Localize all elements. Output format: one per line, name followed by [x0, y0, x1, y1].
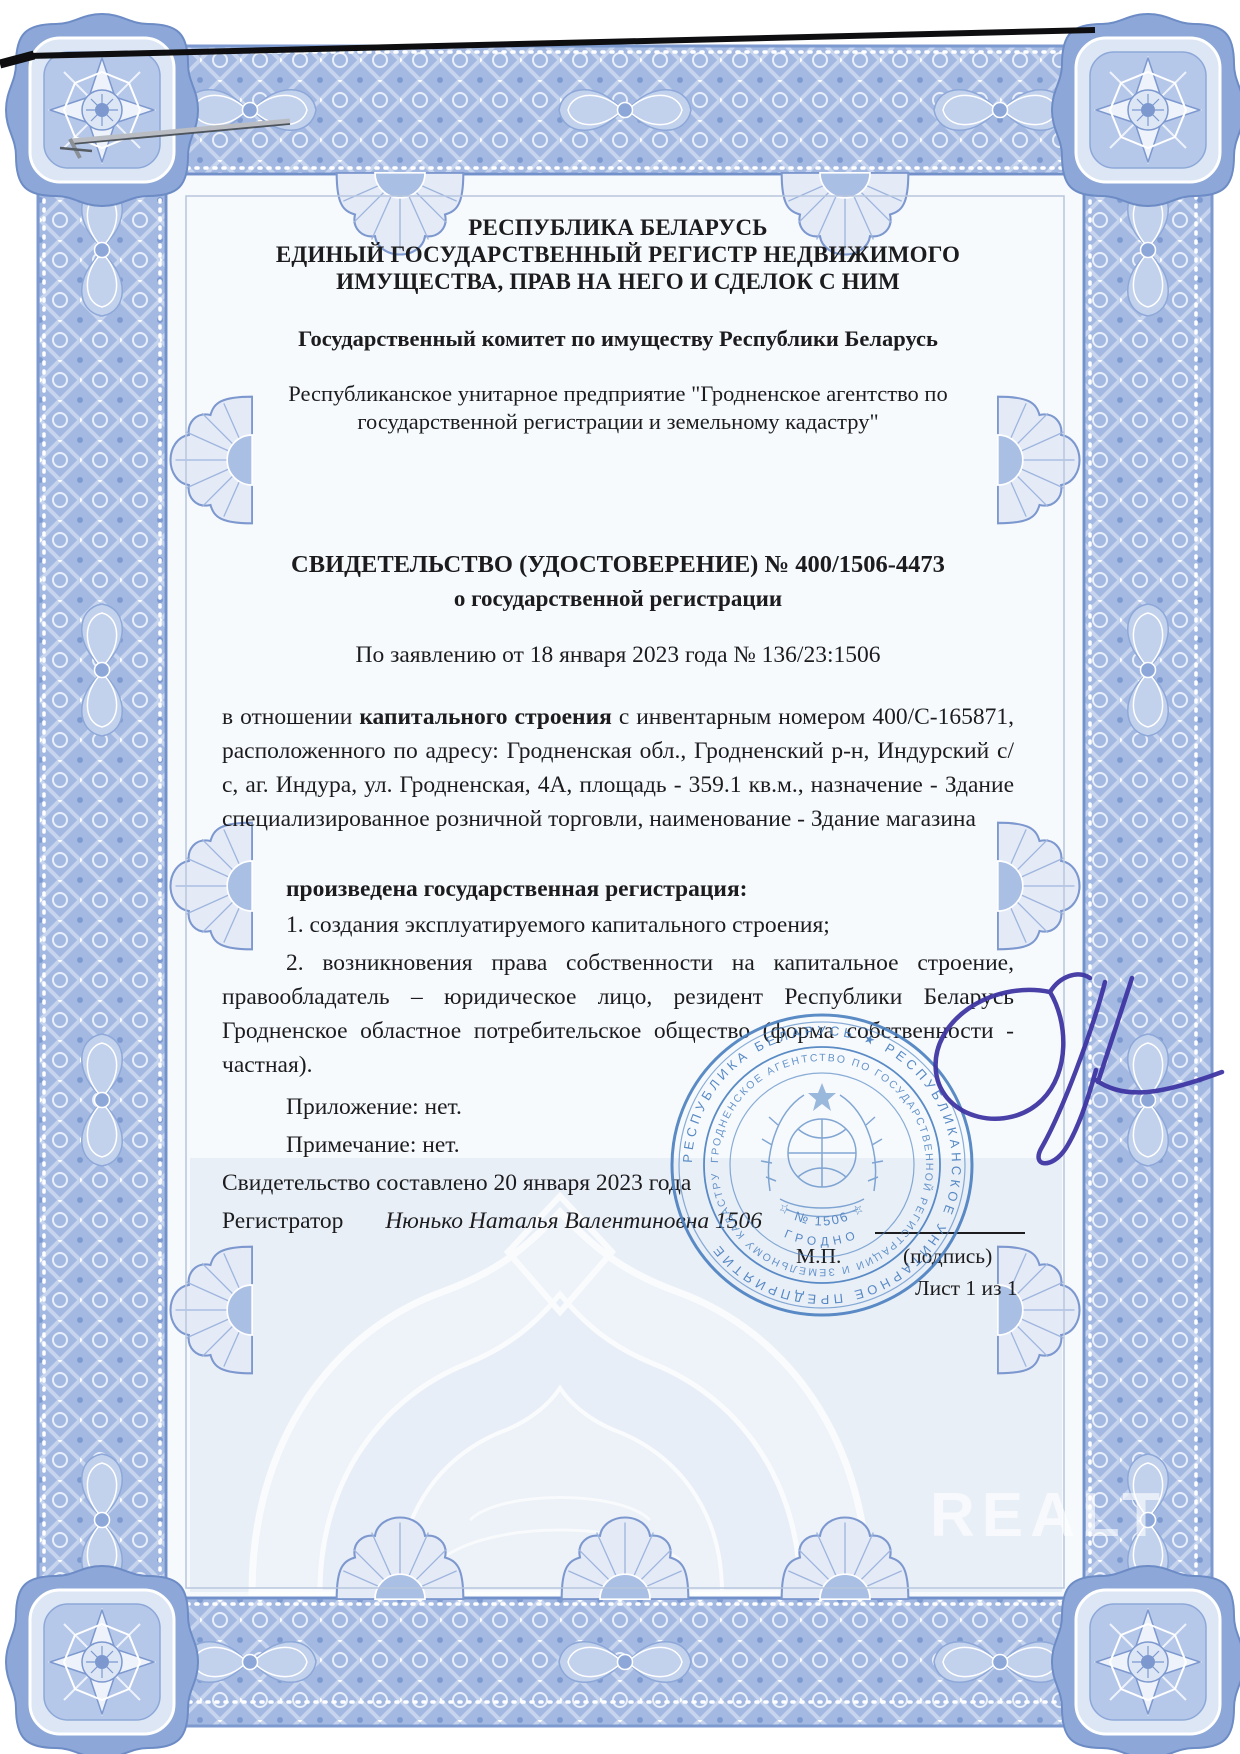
- scan-edge-corner: [0, 55, 34, 64]
- document-title-block: СВИДЕТЕЛЬСТВО (УДОСТОВЕРЕНИЕ) № 400/1506…: [222, 548, 1014, 616]
- composed-line: Свидетельство составлено 20 января 2023 …: [222, 1170, 691, 1197]
- note-line: Примечание: нет.: [286, 1132, 460, 1159]
- agency-line2: государственной регистрации и земельному…: [222, 408, 1014, 436]
- subject-object-bold: капитального строения: [359, 704, 612, 730]
- committee-line: Государственный комитет по имуществу Рес…: [222, 326, 1014, 352]
- appendix-line: Приложение: нет.: [286, 1094, 462, 1121]
- certificate-page: РЕСПУБЛИКА БЕЛАРУСЬ ЕДИНЫЙ ГОСУДАРСТВЕНН…: [0, 0, 1240, 1754]
- registrar-signature: [900, 960, 1230, 1230]
- subject-paragraph: в отношении капитального строения с инве…: [222, 700, 1014, 836]
- header-registry-line2: ИМУЩЕСТВА, ПРАВ НА НЕГО И СДЕЛОК С НИМ: [222, 268, 1014, 295]
- scan-edge-line: [28, 30, 1095, 56]
- subject-prefix: в отношении: [222, 704, 359, 730]
- seal-city-text: ГРОДНО: [782, 1227, 861, 1249]
- document-header: РЕСПУБЛИКА БЕЛАРУСЬ ЕДИНЫЙ ГОСУДАРСТВЕНН…: [222, 214, 1014, 295]
- registration-heading: произведена государственная регистрация:: [222, 876, 1014, 903]
- document-subtitle: о государственной регистрации: [222, 582, 1014, 616]
- seal-emblem: [761, 1083, 883, 1217]
- application-line: По заявлению от 18 января 2023 года № 13…: [222, 642, 1014, 669]
- header-country: РЕСПУБЛИКА БЕЛАРУСЬ: [222, 214, 1014, 241]
- document-title: СВИДЕТЕЛЬСТВО (УДОСТОВЕРЕНИЕ) № 400/1506…: [222, 548, 1014, 582]
- agency-line1: Республиканское унитарное предприятие "Г…: [222, 380, 1014, 408]
- svg-text:ГРОДНО: ГРОДНО: [782, 1227, 861, 1249]
- registrar-label: Регистратор: [222, 1208, 343, 1234]
- registration-item-1: 1. создания эксплуатируемого капитальног…: [222, 912, 1014, 939]
- header-registry-line1: ЕДИНЫЙ ГОСУДАРСТВЕННЫЙ РЕГИСТР НЕДВИЖИМО…: [222, 241, 1014, 268]
- agency-block: Республиканское унитарное предприятие "Г…: [222, 380, 1014, 436]
- realt-watermark: REALT: [930, 1480, 1167, 1551]
- staple-icon: [60, 121, 290, 158]
